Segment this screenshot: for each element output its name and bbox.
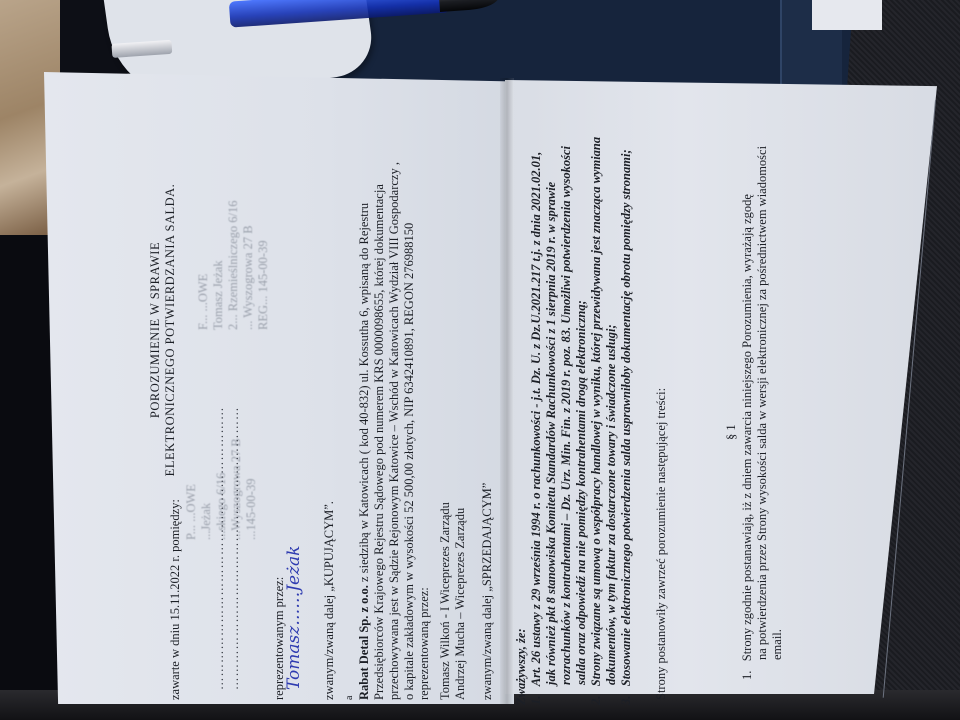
representative: Tomasz Wilkoń - I Wiceprezes Zarządu [438, 502, 453, 700]
signature: Tomasz……Jeżak [284, 546, 304, 690]
buyer-designation: zwanym/zwaną dalej „KUPUJĄCYM”. [322, 501, 337, 700]
dotted-line: ……………………………………………………… [227, 407, 242, 691]
page-fold [500, 78, 514, 704]
recitals: Zważywszy, że: 1. Art. 26 ustawy z 29 wr… [514, 137, 634, 705]
recital-3: 3. Stosowanie elektronicznego potwierdze… [619, 137, 634, 705]
recital-line: jak również pkt 8 stanowiska Komitetu St… [544, 137, 559, 705]
recital-number: 1. [529, 696, 543, 705]
recital-number: 3. [619, 696, 633, 705]
title-line-2: ELEKTRONICZNEGO POTWIERDZANIA SALDA. [163, 160, 178, 500]
recital-line: Strony związane są umową o współpracy ha… [589, 137, 603, 686]
clause-1: 1. Strony zgodnie postanawiają, iż z dni… [740, 146, 785, 680]
stamp-line: P... ...OWE [184, 438, 199, 540]
seller-line-1: Rabat Detal Sp. z o.o. z siedzibą w Kato… [357, 162, 372, 700]
stamp-line: REG... 145-00-39 [256, 201, 271, 330]
recital-line: salda oraz odpowiedź na nie pomiędzy kon… [574, 137, 589, 705]
agreement-intro-text: Strony postanowiły zawrzeć porozumienie … [654, 388, 669, 700]
seller-company-name: Rabat Detal Sp. z o.o. [357, 585, 371, 700]
seller-named-text: zwanym/zwaną dalej „SPRZEDAJĄCYM” [480, 483, 495, 700]
seller-line-3: przechowywana jest w Sądzie Rejonowym Ka… [387, 162, 402, 700]
stamp-line: Tomasz Jeżak [211, 201, 226, 330]
section-symbol: § 1 [724, 424, 739, 440]
recital-1: 1. Art. 26 ustawy z 29 września 1994 r. … [529, 137, 544, 705]
seller-designation: zwanym/zwaną dalej „SPRZEDAJĄCYM” [480, 483, 495, 700]
recital-line: dokumentów, w tym faktur za dostarczone … [604, 137, 619, 705]
clause-line: na potwierdzenia przez Strony wysokości … [755, 146, 770, 680]
document-title: POROZUMIENIE W SPRAWIE ELEKTRONICZNEGO P… [148, 160, 178, 500]
recital-line: Stosowanie elektronicznego potwierdzenia… [619, 149, 633, 686]
intro-text: zawarte w dniu 15.11.2022 r. pomiędzy: [168, 499, 183, 700]
stamp-line: 2... Rzemieślniczego 6/16 [226, 201, 241, 330]
stamp-line: ...145-00-39 [244, 438, 259, 540]
stamp-line: F... ...OWE [196, 201, 211, 330]
recital-2: 2. Strony związane są umową o współpracy… [589, 137, 604, 705]
clause-1-line-1: 1. Strony zgodnie postanawiają, iż z dni… [740, 146, 755, 680]
representative: Andrzej Mucha – Wiceprezes Zarządu [453, 502, 468, 700]
clause-line: email. [770, 146, 785, 680]
dotted-line: ……………………………………………………… [212, 407, 227, 691]
buyer-stamp-right: F... ...OWE Tomasz Jeżak 2... Rzemieślni… [196, 201, 271, 330]
recital-number: 2. [589, 696, 603, 705]
recital-line: rozrachunków z kontrahentami – Dz. Urz. … [559, 137, 574, 705]
agreement-intro: Strony postanowiły zawrzeć porozumienie … [654, 388, 669, 700]
background-sheet-corner [812, 0, 882, 30]
and-text: a [342, 162, 357, 700]
seller-line-2: Przedsiębiorców Krajowego Rejestru Sądow… [372, 162, 387, 700]
signature-text: Tomasz……Jeżak [284, 546, 304, 690]
clause-line: Strony zgodnie postanawiają, iż z dniem … [740, 194, 754, 661]
title-line-1: POROZUMIENIE W SPRAWIE [148, 160, 163, 500]
representatives: Tomasz Wilkoń - I Wiceprezes Zarządu And… [438, 502, 468, 700]
intro-block: zawarte w dniu 15.11.2022 r. pomiędzy: [168, 499, 183, 700]
seller-line-4: o kapitale zakładowym w wysokości 52 500… [402, 162, 417, 700]
clause-number: 1. [740, 671, 754, 680]
seller-address: z siedzibą w Katowicach ( kod 40-832) ul… [357, 203, 371, 585]
stamp-line: ... Wyszogrowa 27 B [241, 201, 256, 330]
seller-line-5: reprezentowaną przez: [417, 162, 432, 700]
considering-heading: Zważywszy, że: [514, 137, 529, 705]
recital-line: Art. 26 ustawy z 29 września 1994 r. o r… [529, 152, 543, 686]
section-mark: § 1 [724, 424, 739, 440]
seller-block: a Rabat Detal Sp. z o.o. z siedzibą w Ka… [342, 162, 432, 700]
buyer-dotted-lines: ……………………………………………………… ………………………………………………… [212, 407, 242, 691]
buyer-named-text: zwanym/zwaną dalej „KUPUJĄCYM”. [322, 501, 337, 700]
